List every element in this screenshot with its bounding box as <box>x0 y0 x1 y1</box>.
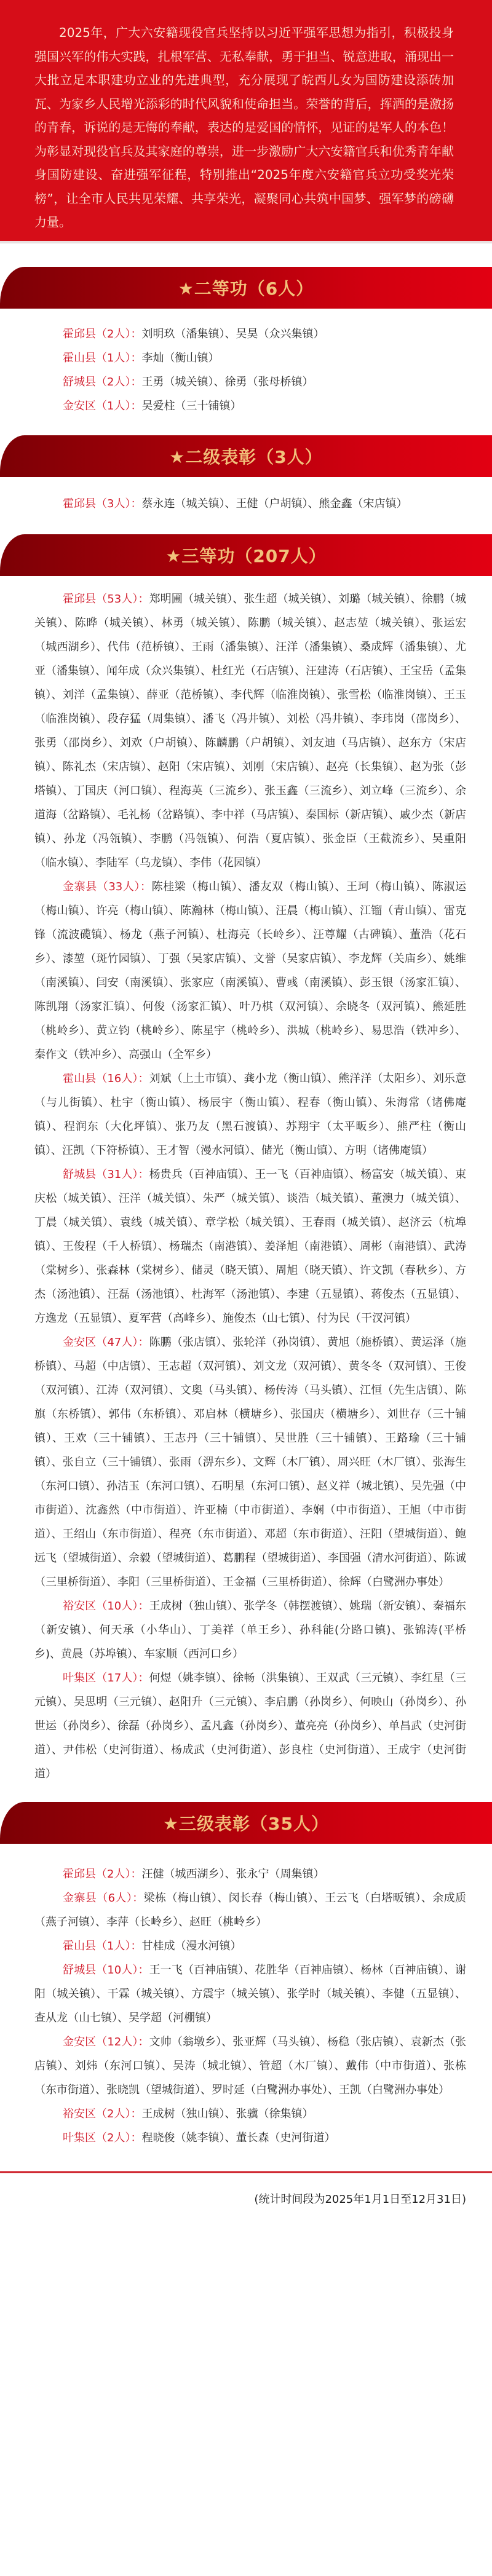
county-label: 金安区（47人）： <box>63 1336 149 1349</box>
section-third-class-merit: ★三等功（207人） 霍邱县（53人）：郑明圃（城关镇）、张生超（城关镇）、刘璐… <box>0 534 492 1786</box>
county-label: 霍邱县（2人）： <box>63 328 141 341</box>
county-entry: 裕安区（10人）：王成树（独山镇）、张学冬（韩摆渡镇）、姚瑞（新安镇）、秦福东（… <box>34 1594 466 1666</box>
award-names: 李灿（衡山镇） <box>141 352 219 365</box>
section-second-level-commendation: ★二级表彰（3人） 霍邱县（3人）：蔡永连（城关镇）、王健（户胡镇）、熊金鑫（宋… <box>0 418 492 534</box>
county-label: 霍山县（16人）： <box>63 1072 149 1085</box>
county-label: 霍邱县（53人）： <box>63 593 149 606</box>
award-names: 陈鹏（张店镇）、张轮洋（孙岗镇）、黄旭（施桥镇）、黄运泽（施桥镇）、马超（中店镇… <box>34 1336 466 1589</box>
county-label: 金寨县（33人）： <box>63 880 152 893</box>
county-entry: 金寨县（33人）：陈桂梁（梅山镇）、潘友双（梅山镇）、王珂（梅山镇）、陈淑运（梅… <box>34 875 466 1067</box>
county-entry: 叶集区（2人）：程晓俊（姚李镇）、董长森（史河街道） <box>34 2126 466 2150</box>
county-entry: 金安区（12人）：文帅（翁墩乡）、张亚辉（马头镇）、杨稳（张店镇）、袁新杰（张店… <box>34 2030 466 2102</box>
county-entry: 霍邱县（3人）：蔡永连（城关镇）、王健（户胡镇）、熊金鑫（宋店镇） <box>34 492 466 516</box>
award-names: 何煜（姚李镇）、徐畅（洪集镇）、王双武（三元镇）、李红星（三元镇）、吴思明（三元… <box>34 1672 466 1780</box>
award-names: 程晓俊（姚李镇）、董长森（史河街道） <box>141 2132 335 2144</box>
section-banner: ★三等功（207人） <box>0 534 492 576</box>
section-title: ★二等功（6人） <box>178 275 314 300</box>
award-names: 吴爱柱（三十铺镇） <box>141 400 241 413</box>
county-entry: 金安区（47人）：陈鹏（张店镇）、张轮洋（孙岗镇）、黄旭（施桥镇）、黄运泽（施桥… <box>34 1330 466 1594</box>
award-names: 杨贵兵（百神庙镇）、王一飞（百神庙镇）、杨富安（城关镇）、束庆松（城关镇）、汪洋… <box>34 1168 466 1325</box>
section-second-class-merit: ★二等功（6人） 霍邱县（2人）：刘明玖（潘集镇）、吴昊（众兴集镇） 霍山县（1… <box>0 243 492 418</box>
award-names: 蔡永连（城关镇）、王健（户胡镇）、熊金鑫（宋店镇） <box>141 497 407 510</box>
county-entry: 金安区（1人）：吴爱柱（三十铺镇） <box>34 394 466 418</box>
county-label: 金寨县（6人）： <box>63 1892 144 1905</box>
section-title: ★二级表彰（3人） <box>169 444 323 468</box>
county-label: 叶集区（2人）： <box>63 2132 141 2144</box>
section-banner: ★二等功（6人） <box>0 267 492 309</box>
county-label: 霍邱县（3人）： <box>63 497 141 510</box>
county-entry: 霍山县（1人）：甘桂成（漫水河镇） <box>34 1934 466 1958</box>
award-names: 刘明玖（潘集镇）、吴昊（众兴集镇） <box>141 328 324 341</box>
county-label: 裕安区（10人）： <box>63 1600 149 1613</box>
county-entry: 舒城县（31人）：杨贵兵（百神庙镇）、王一飞（百神庙镇）、杨富安（城关镇）、束庆… <box>34 1163 466 1330</box>
county-label: 舒城县（31人）： <box>63 1168 149 1181</box>
section-banner: ★三级表彰（35人） <box>0 1802 492 1844</box>
county-entry: 霍山县（16人）：刘斌（上土市镇）、龚小龙（衡山镇）、熊洋洋（太阳乡）、刘乐意（… <box>34 1067 466 1163</box>
county-entry: 霍邱县（2人）：汪健（城西湖乡）、张永宁（周集镇） <box>34 1862 466 1886</box>
intro-panel: 2025年，广大六安籍现役官兵坚持以习近平强军思想为指引，积极投身强国兴军的伟大… <box>0 0 492 243</box>
county-label: 裕安区（2人）： <box>63 2108 141 2120</box>
county-label: 叶集区（17人）： <box>63 1672 149 1685</box>
intro-text: 2025年，广大六安籍现役官兵坚持以习近平强军思想为指引，积极投身强国兴军的伟大… <box>34 21 454 234</box>
county-entry: 舒城县（2人）：王勇（城关镇）、徐勇（张母桥镇） <box>34 370 466 394</box>
award-names: 王成树（独山镇）、张骥（徐集镇） <box>141 2108 313 2120</box>
county-entry: 金寨县（6人）：梁栋（梅山镇）、闵长春（梅山镇）、王云飞（白塔畈镇）、余成质（燕… <box>34 1886 466 1934</box>
county-label: 霍邱县（2人）： <box>63 1868 141 1881</box>
county-entry: 舒城县（10人）：王一飞（百神庙镇）、花胜华（百神庙镇）、杨林（百神庙镇）、谢阳… <box>34 1958 466 2030</box>
award-names: 甘桂成（漫水河镇） <box>141 1940 241 1953</box>
award-names: 汪健（城西湖乡）、张永宁（周集镇） <box>141 1868 324 1881</box>
award-names: 陈桂梁（梅山镇）、潘友双（梅山镇）、王珂（梅山镇）、陈淑运（梅山镇）、许亮（梅山… <box>34 880 466 1061</box>
county-label: 霍山县（1人）： <box>63 1940 141 1953</box>
award-names: 郑明圃（城关镇）、张生超（城关镇）、刘璐（城关镇）、徐鹏（城关镇）、陈晔（城关镇… <box>34 593 466 869</box>
county-entry: 霍邱县（53人）：郑明圃（城关镇）、张生超（城关镇）、刘璐（城关镇）、徐鹏（城关… <box>34 587 466 875</box>
county-label: 舒城县（10人）： <box>63 1964 149 1977</box>
county-entry: 霍山县（1人）：李灿（衡山镇） <box>34 346 466 370</box>
section-banner: ★二级表彰（3人） <box>0 435 492 477</box>
county-label: 金安区（12人）： <box>63 2036 149 2049</box>
county-label: 金安区（1人）： <box>63 400 141 413</box>
award-names: 王勇（城关镇）、徐勇（张母桥镇） <box>141 376 313 389</box>
bottom-spacer <box>0 2207 492 2286</box>
county-label: 霍山县（1人）： <box>63 352 141 365</box>
county-entry: 霍邱县（2人）：刘明玖（潘集镇）、吴昊（众兴集镇） <box>34 322 466 346</box>
section-title: ★三级表彰（35人） <box>163 1811 329 1835</box>
statistics-period-note: (统计时间段为2025年1月1日至12月31日) <box>0 2173 492 2207</box>
county-entry: 叶集区（17人）：何煜（姚李镇）、徐畅（洪集镇）、王双武（三元镇）、李红星（三元… <box>34 1666 466 1786</box>
section-title: ★三等功（207人） <box>165 543 327 567</box>
county-label: 舒城县（2人）： <box>63 376 141 389</box>
section-third-level-commendation: ★三级表彰（35人） 霍邱县（2人）：汪健（城西湖乡）、张永宁（周集镇） 金寨县… <box>0 1786 492 2150</box>
county-entry: 裕安区（2人）：王成树（独山镇）、张骥（徐集镇） <box>34 2102 466 2126</box>
